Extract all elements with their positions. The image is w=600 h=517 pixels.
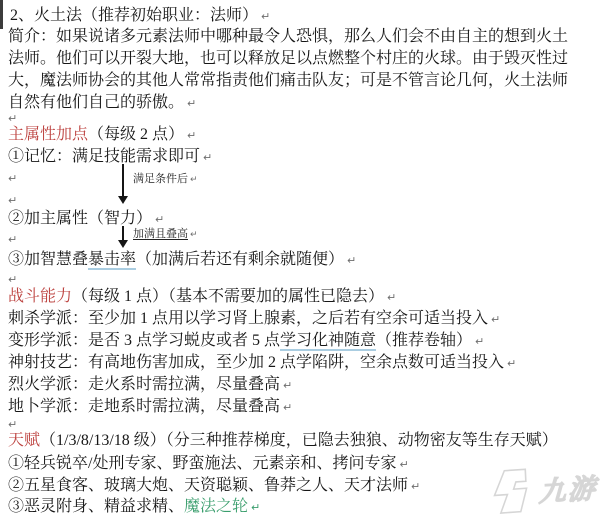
step-text: ②加主属性（智力） xyxy=(8,210,152,227)
combat-heading: 战斗能力 xyxy=(8,288,72,305)
paragraph-mark: ↵ xyxy=(155,213,164,226)
talent-text: ③恶灵附身、精益求精、 xyxy=(8,498,184,515)
talents-tier2-line: ②五星食客、玻璃大炮、天资聪颖、鲁莽之人、天才法师↵ xyxy=(8,476,420,497)
flow-arrow-2-head-icon xyxy=(118,240,128,248)
flow-arrow-1-head-icon xyxy=(118,196,128,204)
talents-heading-line: 天赋（1/3/8/13/18 级）（分三种推荐梯度，已隐去独狼、动物密友等生存天… xyxy=(8,431,558,451)
paragraph-mark: ↵ xyxy=(399,458,408,471)
paragraph-mark: ↵ xyxy=(411,480,420,493)
step-text: （加满后若还有剩余就随便） xyxy=(136,251,344,268)
paragraph-mark: ↵ xyxy=(187,97,196,110)
paragraph-mark: ↵ xyxy=(491,313,500,326)
talents-tier1-line: ①轻兵锐卒/处刑专家、野蛮施法、元素亲和、拷问专家↵ xyxy=(8,454,409,475)
empty-paragraph: ↵ xyxy=(8,190,17,211)
underlined-term: 暴击率 xyxy=(88,251,136,270)
paragraph-mark: ↵ xyxy=(8,194,17,207)
combat-text: 神射技艺：有高地伤害加成，至少加 2 点学陷阱，空余点数可适当投入 xyxy=(8,354,504,371)
main-attr-heading-suffix: （每级 2 点） xyxy=(88,126,184,143)
flow-arrow-1-label: 满足条件后↵ xyxy=(133,173,198,187)
combat-geomancy-line: 地卜学派：走地系时需拉满，尽量叠高↵ xyxy=(8,397,292,418)
paragraph-mark: ↵ xyxy=(8,112,17,125)
combat-fire-line: 烈火学派：走火系时需拉满，尽量叠高↵ xyxy=(8,375,292,396)
paragraph-mark: ↵ xyxy=(8,172,17,185)
intro-line-2: 法师。他们可以开裂大地，也可以释放足以点燃整个村庄的火球。由于毁灭性过 xyxy=(8,49,568,69)
paragraph-mark: ↵ xyxy=(187,129,196,142)
intro-line-4: 自然有他们自己的骄傲。↵ xyxy=(8,93,196,114)
9game-watermark: 九游 xyxy=(489,461,598,516)
talent-highlight: 魔法之轮 xyxy=(184,498,248,515)
paragraph-mark: ↵ xyxy=(8,273,17,286)
9game-logo-icon xyxy=(489,465,540,516)
paragraph-mark: ↵ xyxy=(8,233,17,246)
combat-text: （推荐卷轴） xyxy=(376,332,472,349)
intro-text: 大，魔法师协会的其他人常常指责他们痛击队友；可是不管言论几何，火土法师 xyxy=(8,72,568,89)
main-attr-heading-line: 主属性加点（每级 2 点）↵ xyxy=(8,125,196,146)
paragraph-mark: ↵ xyxy=(251,501,260,514)
paragraph-mark: ↵ xyxy=(283,379,292,392)
step-text: ①记忆：满足技能需求即可 xyxy=(8,148,200,165)
empty-paragraph: ↵ xyxy=(8,168,17,189)
flow-arrow-1-line xyxy=(122,164,124,196)
paragraph-mark: ↵ xyxy=(190,175,198,185)
main-attr-heading: 主属性加点 xyxy=(8,126,88,143)
page-edge-artifact xyxy=(0,0,3,29)
intro-line-3: 大，魔法师协会的其他人常常指责他们痛击队友；可是不管言论几何，火土法师 xyxy=(8,71,568,91)
flow-arrow-2-label: 加满且叠高↵ xyxy=(133,228,198,242)
intro-text: 法师。他们可以开裂大地，也可以释放足以点燃整个村庄的火球。由于毁灭性过 xyxy=(8,50,568,67)
paragraph-mark: ↵ xyxy=(475,335,484,348)
doc-title-text: 2、火土法（推荐初始职业：法师） xyxy=(10,7,258,24)
doc-title: 2、火土法（推荐初始职业：法师）↵ xyxy=(10,6,270,27)
paragraph-mark: ↵ xyxy=(203,151,212,164)
combat-archery-line: 神射技艺：有高地伤害加成，至少加 2 点学陷阱，空余点数可适当投入↵ xyxy=(8,353,516,374)
talent-text: ①轻兵锐卒/处刑专家、野蛮施法、元素亲和、拷问专家 xyxy=(8,455,396,472)
combat-text: 地卜学派：走地系时需拉满，尽量叠高 xyxy=(8,398,280,415)
combat-heading-line: 战斗能力（每级 1 点）（基本不需要加的属性已隐去）↵ xyxy=(8,287,396,308)
paragraph-mark: ↵ xyxy=(8,418,17,431)
main-attr-step2-line: ②加主属性（智力）↵ xyxy=(8,209,164,230)
combat-heading-suffix: （每级 1 点）（基本不需要加的属性已隐去） xyxy=(72,288,384,305)
main-attr-step1-line: ①记忆：满足技能需求即可↵ xyxy=(8,147,212,168)
paragraph-mark: ↵ xyxy=(347,254,356,267)
combat-text: 刺杀学派：至少加 1 点用以学习肾上腺素，之后若有空余可适当投入 xyxy=(8,310,488,327)
intro-text: 简介：如果说诸多元素法师中哪种最令人恐惧，那么人们会不由自主的想到火土 xyxy=(8,28,568,45)
intro-text: 自然有他们自己的骄傲。 xyxy=(8,94,184,111)
talent-text: ②五星食客、玻璃大炮、天资聪颖、鲁莽之人、天才法师 xyxy=(8,477,408,494)
intro-line-1: 简介：如果说诸多元素法师中哪种最令人恐惧，那么人们会不由自主的想到火土 xyxy=(8,27,568,47)
annotation-text: 满足条件后 xyxy=(133,173,188,185)
annotation-text: 加满且叠高 xyxy=(133,228,188,240)
paragraph-mark: ↵ xyxy=(283,401,292,414)
talents-heading: 天赋 xyxy=(8,432,40,449)
main-attr-step3-line: ③加智慧叠暴击率（加满后若还有剩余就随便）↵ xyxy=(8,250,356,271)
combat-assassin-line: 刺杀学派：至少加 1 点用以学习肾上腺素，之后若有空余可适当投入↵ xyxy=(8,309,500,330)
paragraph-mark: ↵ xyxy=(387,291,396,304)
document-page: 2、火土法（推荐初始职业：法师）↵ 简介：如果说诸多元素法师中哪种最令人恐惧，那… xyxy=(0,0,600,517)
combat-text: 烈火学派：走火系时需拉满，尽量叠高 xyxy=(8,376,280,393)
flow-arrow-2-line xyxy=(122,226,124,240)
paragraph-mark: ↵ xyxy=(190,230,198,240)
combat-text: 变形学派：是否 3 点学习蜕皮或者 5 点 xyxy=(8,332,280,349)
talents-tier3-line: ③恶灵附身、精益求精、魔法之轮↵ xyxy=(8,497,260,517)
combat-shapeshift-line: 变形学派：是否 3 点学习蜕皮或者 5 点学习化神随意（推荐卷轴）↵ xyxy=(8,331,484,352)
empty-paragraph: ↵ xyxy=(8,229,17,250)
paragraph-mark: ↵ xyxy=(507,357,516,370)
step-text: ③加智慧叠 xyxy=(8,251,88,268)
underlined-term: 学习化神随意 xyxy=(280,332,376,351)
paragraph-mark: ↵ xyxy=(261,10,270,23)
talents-heading-suffix: （1/3/8/13/18 级）（分三种推荐梯度，已隐去独狼、动物密友等生存天赋） xyxy=(40,432,558,449)
watermark-text: 九游 xyxy=(538,466,597,509)
